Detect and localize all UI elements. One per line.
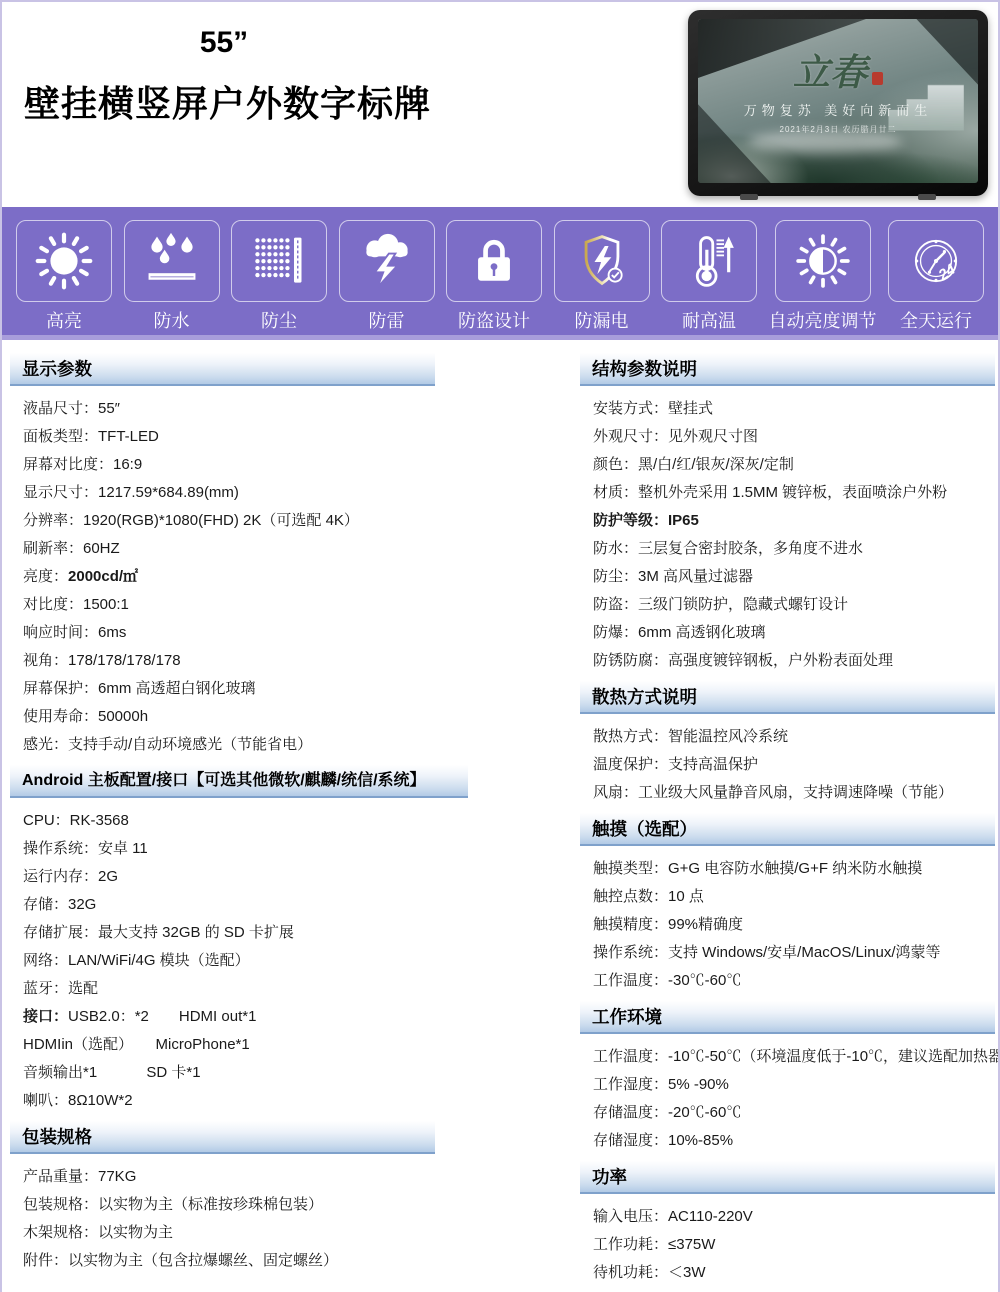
spec-text: 2000cd/㎡: [68, 568, 138, 585]
spec-text: 触摸类型：G+G 电容防水触摸/G+F 纳米防水触摸: [593, 860, 922, 877]
spec-text: 存储温度：-20℃-60℃: [593, 1104, 741, 1121]
spec-row: 工作温度：-30℃-60℃: [580, 967, 1000, 995]
spec-row: 包装规格：以实物为主（标准按珍珠棉包装）: [10, 1191, 440, 1219]
spec-row: 刷新率：60HZ: [10, 535, 440, 563]
spec-row: 输入电压：AC110-220V: [580, 1203, 1000, 1231]
spec-row: 颜色：黑/白/红/银灰/深灰/定制: [580, 451, 1000, 479]
product-photo: 立春 万物复苏 美好向新而生 2021年2月3日 农历腊月廿二: [688, 10, 988, 196]
spec-text: 网络：LAN/WiFi/4G 模块（选配）: [23, 952, 250, 969]
feature-label: 防尘: [261, 307, 297, 333]
spec-text: USB2.0：*2 HDMI out*1: [68, 1008, 256, 1025]
spec-row: 散热方式：智能温控风冷系统: [580, 723, 1000, 751]
waterproof-icon: [124, 220, 220, 302]
spec-text: HDMIin（选配） MicroPhone*1: [23, 1036, 250, 1053]
spec-text: 输入电压：AC110-220V: [593, 1208, 753, 1225]
section-header: 工作环境: [580, 1001, 995, 1034]
spec-section: 包装规格产品重量：77KG包装规格：以实物为主（标准按珍珠棉包装）木架规格：以实…: [10, 1121, 440, 1275]
spec-text: 面板类型：TFT-LED: [23, 428, 159, 445]
screen-date-line: 2021年2月3日 农历腊月廿二: [698, 124, 978, 135]
dustproof-filter-icon: [231, 220, 327, 302]
spec-text: 刷新率：60HZ: [23, 540, 120, 557]
spec-text: 对比度：1500:1: [23, 596, 129, 613]
clock-24h-icon: 24: [888, 220, 984, 302]
spec-row: 工作湿度：5% -90%: [580, 1071, 1000, 1099]
spec-row: 接口：USB2.0：*2 HDMI out*1: [10, 1003, 440, 1031]
feature-label: 自动亮度调节: [769, 307, 877, 333]
title-block: 55” 壁挂横竖屏户外数字标牌: [24, 26, 424, 127]
spec-section: Android 主板配置/接口【可选其他微软/麒麟/统信/系统】CPU：RK-3…: [10, 765, 440, 1115]
spec-columns: 显示参数液晶尺寸：55″面板类型：TFT-LED屏幕对比度：16:9显示尺寸：1…: [2, 340, 998, 1287]
spec-text: CPU：RK-3568: [23, 812, 129, 829]
spec-text: 颜色：黑/白/红/银灰/深灰/定制: [593, 456, 794, 473]
section-header: 散热方式说明: [580, 681, 995, 714]
spec-row: 喇叭：8Ω10W*2: [10, 1087, 440, 1115]
spec-row: 防尘：3M 高风量过滤器: [580, 563, 1000, 591]
spec-row: 蓝牙：选配: [10, 975, 440, 1003]
thermometer-icon: [661, 220, 757, 302]
spec-section: 功率输入电压：AC110-220V工作功耗：≤375W待机功耗：＜3W: [580, 1161, 1000, 1287]
page-title: 壁挂横竖屏户外数字标牌: [24, 76, 424, 127]
spec-text: 屏幕对比度：16:9: [23, 456, 142, 473]
spec-row: 屏幕对比度：16:9: [10, 451, 440, 479]
spec-row: 防盗：三级门锁防护，隐藏式螺钉设计: [580, 591, 1000, 619]
spec-row: 材质：整机外壳采用 1.5MM 镀锌板，表面喷涂户外粉: [580, 479, 1000, 507]
spec-row: 操作系统：安卓 11: [10, 835, 440, 863]
spec-row: 附件：以实物为主（包含拉爆螺丝、固定螺丝）: [10, 1247, 440, 1275]
spec-row: 运行内存：2G: [10, 863, 440, 891]
feature-item: 防雷: [339, 220, 435, 340]
spec-text: 产品重量：77KG: [23, 1168, 136, 1185]
spec-section: 触摸（选配）触摸类型：G+G 电容防水触摸/G+F 纳米防水触摸触控点数：10 …: [580, 813, 1000, 995]
feature-item: 高亮: [16, 220, 112, 340]
feature-label: 防水: [154, 307, 190, 333]
spec-row: 防锈防腐：高强度镀锌钢板，户外粉表面处理: [580, 647, 1000, 675]
feature-item: 自动亮度调节: [769, 220, 877, 340]
spec-text: 视角：178/178/178/178: [23, 652, 181, 669]
spec-text: 亮度：: [23, 568, 68, 585]
spec-text: 显示尺寸：1217.59*684.89(mm): [23, 484, 239, 501]
spec-row: HDMIin（选配） MicroPhone*1: [10, 1031, 440, 1059]
spec-text: 待机功耗：＜3W: [593, 1264, 706, 1281]
spec-row: 音频输出*1 SD 卡*1: [10, 1059, 440, 1087]
spec-text: 防锈防腐：高强度镀锌钢板，户外粉表面处理: [593, 652, 893, 669]
leakage-shield-icon: [554, 220, 650, 302]
spec-row: 风扇：工业级大风量静音风扇，支持调速降噪（节能）: [580, 779, 1000, 807]
spec-row: 木架规格：以实物为主: [10, 1219, 440, 1247]
spec-text: 外观尺寸：见外观尺寸图: [593, 428, 758, 445]
spec-row: 网络：LAN/WiFi/4G 模块（选配）: [10, 947, 440, 975]
feature-label: 耐高温: [682, 307, 736, 333]
section-header: 结构参数说明: [580, 353, 995, 386]
spec-text: 工作温度：-10℃-50℃（环境温度低于-10℃，建议选配加热器）: [593, 1048, 1000, 1065]
spec-text: 触控点数：10 点: [593, 888, 704, 905]
spec-text: 运行内存：2G: [23, 868, 118, 885]
spec-text: 音频输出*1 SD 卡*1: [23, 1064, 201, 1081]
spec-text: 安装方式：壁挂式: [593, 400, 713, 417]
spec-text: 响应时间：6ms: [23, 624, 126, 641]
spec-row: 工作温度：-10℃-50℃（环境温度低于-10℃，建议选配加热器）: [580, 1043, 1000, 1071]
spec-text: 存储：32G: [23, 896, 96, 913]
spec-section: 结构参数说明安装方式：壁挂式外观尺寸：见外观尺寸图颜色：黑/白/红/银灰/深灰/…: [580, 353, 1000, 675]
spec-text: 操作系统：安卓 11: [23, 840, 148, 857]
spec-text: 蓝牙：选配: [23, 980, 98, 997]
section-header: 显示参数: [10, 353, 435, 386]
spec-text: 附件：以实物为主（包含拉爆螺丝、固定螺丝）: [23, 1252, 338, 1269]
spec-row: 存储湿度：10%-85%: [580, 1127, 1000, 1155]
spec-text: 防盗：三级门锁防护，隐藏式螺钉设计: [593, 596, 848, 613]
spec-section: 显示参数液晶尺寸：55″面板类型：TFT-LED屏幕对比度：16:9显示尺寸：1…: [10, 353, 440, 759]
spec-text: 工作湿度：5% -90%: [593, 1076, 729, 1093]
feature-item: 耐高温: [661, 220, 757, 340]
spec-text: 防水：三层复合密封胶条，多角度不进水: [593, 540, 863, 557]
spec-text: 木架规格：以实物为主: [23, 1224, 173, 1241]
page-header: 55” 壁挂横竖屏户外数字标牌 立春 万物复苏 美好向新而生 2021年2月3日…: [2, 2, 998, 207]
spec-text: 存储扩展：最大支持 32GB 的 SD 卡扩展: [23, 924, 294, 941]
spec-text: 散热方式：智能温控风冷系统: [593, 728, 788, 745]
spec-row: 安装方式：壁挂式: [580, 395, 1000, 423]
feature-item: 防漏电: [554, 220, 650, 340]
feature-label: 防雷: [369, 307, 405, 333]
sun-icon: [16, 220, 112, 302]
spec-row: 液晶尺寸：55″: [10, 395, 440, 423]
spec-row: 工作功耗：≤375W: [580, 1231, 1000, 1259]
spec-text: 操作系统：支持 Windows/安卓/MacOS/Linux/鸿蒙等: [593, 944, 941, 961]
spec-text: 温度保护：支持高温保护: [593, 756, 758, 773]
screen-size-label: 55”: [24, 26, 424, 60]
spec-text: 液晶尺寸：55″: [23, 400, 120, 417]
spec-row: 存储：32G: [10, 891, 440, 919]
spec-text: 风扇：工业级大风量静音风扇，支持调速降噪（节能）: [593, 784, 953, 801]
spec-row: 防护等级：IP65: [580, 507, 1000, 535]
feature-item: 防水: [124, 220, 220, 340]
spec-row: 存储温度：-20℃-60℃: [580, 1099, 1000, 1127]
spec-row: 屏幕保护：6mm 高透超白钢化玻璃: [10, 675, 440, 703]
spec-row: 操作系统：支持 Windows/安卓/MacOS/Linux/鸿蒙等: [580, 939, 1000, 967]
spec-text: 工作功耗：≤375W: [593, 1236, 715, 1253]
spec-row: 产品重量：77KG: [10, 1163, 440, 1191]
spec-text: 防护等级：IP65: [593, 512, 699, 529]
spec-row: 视角：178/178/178/178: [10, 647, 440, 675]
spec-row: 使用寿命：50000h: [10, 703, 440, 731]
spec-text: 分辨率：1920(RGB)*1080(FHD) 2K（可选配 4K）: [23, 512, 359, 529]
spec-section: 散热方式说明散热方式：智能温控风冷系统温度保护：支持高温保护风扇：工业级大风量静…: [580, 681, 1000, 807]
spec-column-right: 结构参数说明安装方式：壁挂式外观尺寸：见外观尺寸图颜色：黑/白/红/银灰/深灰/…: [580, 347, 1000, 1287]
spec-text: 触摸精度：99%精确度: [593, 916, 743, 933]
screen-content: 立春 万物复苏 美好向新而生 2021年2月3日 农历腊月廿二: [698, 42, 978, 135]
spec-row: 触摸精度：99%精确度: [580, 911, 1000, 939]
seal-stamp-icon: [872, 72, 883, 85]
feature-label: 高亮: [46, 307, 82, 333]
spec-row: 分辨率：1920(RGB)*1080(FHD) 2K（可选配 4K）: [10, 507, 440, 535]
spec-text: 使用寿命：50000h: [23, 708, 148, 725]
feature-item: 防尘: [231, 220, 327, 340]
feature-label: 全天运行: [900, 307, 972, 333]
spec-row: 防爆：6mm 高透钢化玻璃: [580, 619, 1000, 647]
spec-row: 面板类型：TFT-LED: [10, 423, 440, 451]
spec-text: 材质：整机外壳采用 1.5MM 镀锌板，表面喷涂户外粉: [593, 484, 947, 501]
device-foot-right: [918, 194, 936, 200]
lightning-cloud-icon: [339, 220, 435, 302]
feature-item: 24全天运行: [888, 220, 984, 340]
spec-row: 对比度：1500:1: [10, 591, 440, 619]
spec-row: 亮度：2000cd/㎡: [10, 563, 440, 591]
feature-label: 防漏电: [575, 307, 629, 333]
spec-row: 防水：三层复合密封胶条，多角度不进水: [580, 535, 1000, 563]
spec-text: 感光：支持手动/自动环境感光（节能省电）: [23, 736, 312, 753]
screen-slogan: 万物复苏 美好向新而生: [698, 100, 978, 119]
spec-row: 显示尺寸：1217.59*684.89(mm): [10, 479, 440, 507]
spec-row: 响应时间：6ms: [10, 619, 440, 647]
spec-text: 喇叭：8Ω10W*2: [23, 1092, 133, 1109]
feature-label: 防盗设计: [458, 307, 530, 333]
spec-row: CPU：RK-3568: [10, 807, 440, 835]
spec-text: 工作温度：-30℃-60℃: [593, 972, 741, 989]
spec-row: 触摸类型：G+G 电容防水触摸/G+F 纳米防水触摸: [580, 855, 1000, 883]
section-header: 包装规格: [10, 1121, 435, 1154]
lock-icon: [446, 220, 542, 302]
section-header: 功率: [580, 1161, 995, 1194]
auto-brightness-icon: [775, 220, 871, 302]
device-screen: 立春 万物复苏 美好向新而生 2021年2月3日 农历腊月廿二: [698, 19, 978, 183]
spec-row: 感光：支持手动/自动环境感光（节能省电）: [10, 731, 440, 759]
spec-text: 防尘：3M 高风量过滤器: [593, 568, 753, 585]
spec-row: 触控点数：10 点: [580, 883, 1000, 911]
spec-text: 存储湿度：10%-85%: [593, 1132, 733, 1149]
spec-row: 温度保护：支持高温保护: [580, 751, 1000, 779]
spec-text: 接口：: [23, 1008, 68, 1025]
spec-text: 屏幕保护：6mm 高透超白钢化玻璃: [23, 680, 256, 697]
spec-row: 存储扩展：最大支持 32GB 的 SD 卡扩展: [10, 919, 440, 947]
spec-text: 包装规格：以实物为主（标准按珍珠棉包装）: [23, 1196, 323, 1213]
solar-term-heading: 立春: [793, 50, 867, 94]
spec-row: 待机功耗：＜3W: [580, 1259, 1000, 1287]
spec-text: 防爆：6mm 高透钢化玻璃: [593, 624, 766, 641]
spec-row: 外观尺寸：见外观尺寸图: [580, 423, 1000, 451]
spec-column-left: 显示参数液晶尺寸：55″面板类型：TFT-LED屏幕对比度：16:9显示尺寸：1…: [10, 347, 440, 1287]
spec-section: 工作环境工作温度：-10℃-50℃（环境温度低于-10℃，建议选配加热器）工作湿…: [580, 1001, 1000, 1155]
section-header: 触摸（选配）: [580, 813, 995, 846]
section-header: Android 主板配置/接口【可选其他微软/麒麟/统信/系统】: [10, 765, 468, 798]
feature-banner: 高亮防水防尘防雷防盗设计防漏电耐高温自动亮度调节24全天运行: [2, 207, 998, 340]
feature-item: 防盗设计: [446, 220, 542, 340]
spec-sheet-page: { "page": { "size_label": "55”", "title"…: [0, 0, 1000, 1292]
device-foot-left: [740, 194, 758, 200]
